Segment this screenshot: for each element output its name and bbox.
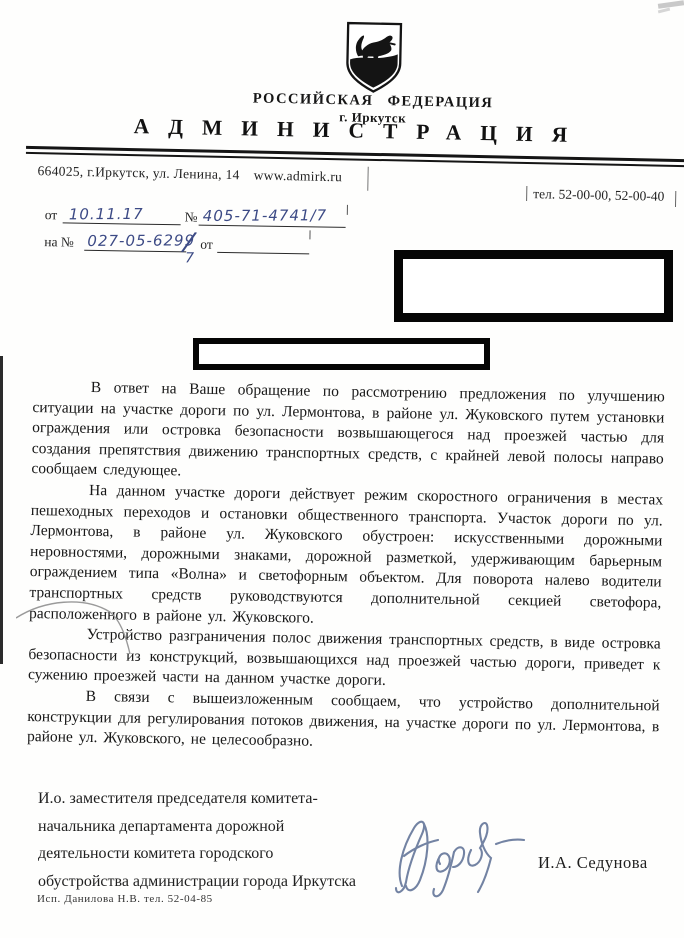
- phone-line: тел. 52-00-00, 52-00-40: [533, 186, 664, 205]
- reference-fields: от 10.11.17 № 405-71-4741/7 на № 027-05-…: [34, 200, 375, 277]
- reply-number-label: на №: [44, 234, 74, 250]
- paragraph: В связи с вышеизложенным сообщаем, что у…: [27, 686, 660, 758]
- handwritten-signature: [388, 808, 538, 903]
- address-line: 664025, г.Иркутск, ул. Ленина, 14www.adm…: [37, 163, 342, 185]
- form-tick: [347, 205, 348, 215]
- reply-number-field: 027-05-6299: [84, 231, 186, 253]
- executor-note: Исп. Данилова Н.В. тел. 52-04-85: [37, 893, 213, 905]
- signer-name: И.А. Седунова: [538, 853, 648, 873]
- irkutsk-coat-of-arms-icon: [340, 18, 408, 97]
- paragraph: Устройство разграничения полос движения …: [28, 624, 661, 696]
- redaction-box-recipient: [394, 250, 673, 322]
- outgoing-date-label: от: [45, 207, 58, 223]
- postal-address: 664025, г.Иркутск, ул. Ленина, 14: [37, 163, 239, 182]
- form-tick: [309, 230, 310, 239]
- reply-date-field: [217, 233, 309, 254]
- redaction-box-addressee: [193, 338, 490, 370]
- outgoing-number-value: 405-71-4741/7: [203, 206, 327, 225]
- address-divider: [367, 167, 368, 191]
- scan-smudge: [658, 0, 684, 9]
- letterhead: РОССИЙСКАЯ ФЕДЕРАЦИЯ г. Иркутск АДМИНИСТ…: [0, 0, 684, 213]
- outgoing-date-value: 10.11.17: [69, 205, 144, 223]
- reply-number-value: 027-05-6299: [87, 231, 195, 250]
- scanned-letter-page: РОССИЙСКАЯ ФЕДЕРАЦИЯ г. Иркутск АДМИНИСТ…: [0, 0, 684, 938]
- reply-date-label: от: [200, 237, 213, 253]
- phone-divider: [526, 186, 527, 201]
- outgoing-number-field: 405-71-4741/7: [199, 206, 346, 228]
- scan-edge-artifact: [0, 356, 3, 664]
- paragraph: В ответ на Ваше обращение по рассмотрени…: [31, 377, 665, 490]
- outgoing-date-field: 10.11.17: [63, 203, 181, 225]
- letter-body: В ответ на Ваше обращение по рассмотрени…: [27, 377, 665, 758]
- paragraph: На данном участке дороги действует режим…: [29, 480, 663, 635]
- reply-number-denominator: 7: [185, 250, 194, 266]
- phone-divider: [675, 191, 676, 207]
- outgoing-number-label: №: [185, 209, 198, 225]
- website-text: www.admirk.ru: [254, 167, 343, 184]
